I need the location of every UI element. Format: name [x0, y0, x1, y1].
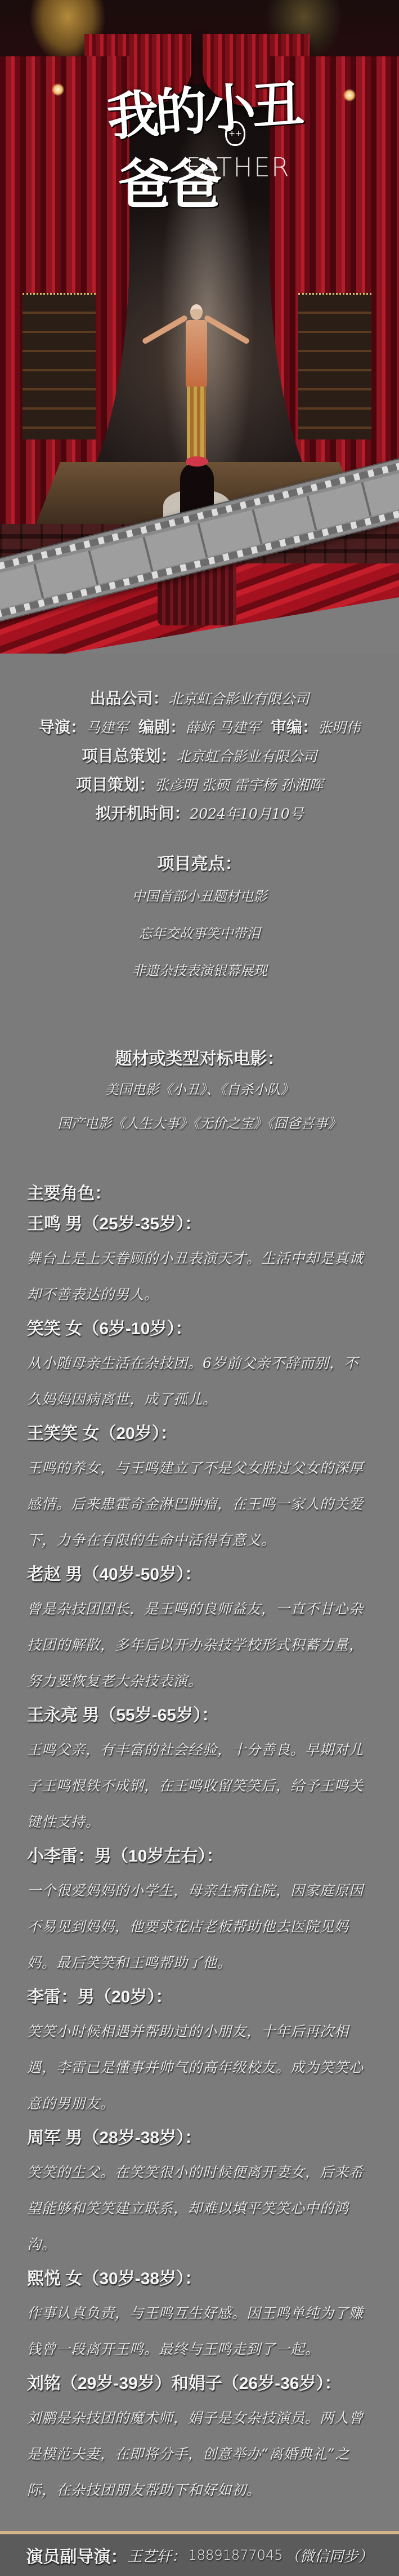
- role-description: 一个很爱妈妈的小学生，母亲生病住院，因家庭原因不易见到妈妈，他要求花店老板帮助他…: [27, 1873, 371, 1981]
- role-entry: 李雷：男（20岁）： 笑笑小时候相遇并帮助过的小朋友，十年后再次相遇，李雷已是懂…: [27, 1981, 371, 2122]
- comparable-item: 国产电影《人生大事》《无价之宝》《囧爸喜事》: [0, 1107, 399, 1140]
- spotlight-icon: [343, 89, 356, 101]
- title-cn-line1: 我的小丑: [105, 78, 302, 143]
- roles-title: 主要角色：: [27, 1180, 371, 1208]
- role-entry: 王鸣 男（25岁-35岁）： 舞台上是上天眷顾的小丑表演天才。生活中却是真诚却不…: [27, 1208, 371, 1313]
- role-name: 李雷：男（20岁）：: [27, 1981, 371, 2014]
- credit-chief-planner: 项目总策划：北京虹合影业有限公司: [0, 742, 399, 771]
- role-description: 王鸣父亲，有丰富的社会经验，十分善良。早期对儿子王鸣恨铁不成钢，在王鸣收留笑笑后…: [27, 1732, 371, 1840]
- role-name: 王鸣 男（25岁-35岁）：: [27, 1208, 371, 1241]
- role-description: 笑笑的生父。在笑笑很小的时候便离开妻女，后来希望能够和笑笑建立联系，却难以填平笑…: [27, 2155, 371, 2263]
- role-entry: 熙悦 女（30岁-38岁）： 作事认真负责，与王鸣互生好感。因王鸣单纯为了赚钱曾…: [27, 2263, 371, 2368]
- role-entry: 刘铭（29岁-39岁）和娟子（26岁-36岁）： 刘鹏是杂技团的魔术师，娟子是女…: [27, 2368, 371, 2508]
- role-name: 老赵 男（40岁-50岁）：: [27, 1558, 371, 1591]
- role-entry: 笑笑 女（6岁-10岁）： 从小随母亲生活在杂技团。6岁前父亲不辞而别，不久妈妈…: [27, 1313, 371, 1418]
- role-entry: 王永亮 男（55岁-65岁）： 王鸣父亲，有丰富的社会经验，十分善良。早期对儿子…: [27, 1699, 371, 1840]
- role-description: 曾是杂技团团长，是王鸣的良师益友，一直不甘心杂技团的解散，多年后以开办杂技学校形…: [27, 1591, 371, 1699]
- role-description: 舞台上是上天眷顾的小丑表演天才。生活中却是真诚却不善表达的男人。: [27, 1241, 371, 1313]
- role-entry: 王笑笑 女（20岁）： 王鸣的养女，与王鸣建立了不是父女胜过父女的深厚感情。后来…: [27, 1418, 371, 1558]
- role-name: 王永亮 男（55岁-65岁）：: [27, 1699, 371, 1732]
- role-entry: 小李雷：男（10岁左右）： 一个很爱妈妈的小学生，母亲生病住院，因家庭原因不易见…: [27, 1840, 371, 1981]
- role-description: 王鸣的养女，与王鸣建立了不是父女胜过父女的深厚感情。后来患霍奇金淋巴肿瘤，在王鸣…: [27, 1450, 371, 1558]
- highlight-item: 非遗杂技表演银幕展现: [0, 952, 399, 989]
- casting-phone: 18891877045: [189, 2547, 283, 2563]
- highlights-section: 项目亮点： 中国首部小丑题材电影 忘年交故事笑中带泪 非遗杂技表演银幕展现: [0, 851, 399, 989]
- role-entry: 老赵 男（40岁-50岁）： 曾是杂技团团长，是王鸣的良师益友，一直不甘心杂技团…: [27, 1558, 371, 1699]
- comparables-title: 题材或类型对标电影：: [0, 1046, 399, 1073]
- project-info: 出品公司：北京虹合影业有限公司 导演：马建军编剧：薛峤 马建军审编：张明伟 项目…: [0, 654, 399, 2531]
- role-name: 笑笑 女（6岁-10岁）：: [27, 1313, 371, 1345]
- highlight-item: 忘年交故事笑中带泪: [0, 915, 399, 952]
- role-description: 刘鹏是杂技团的魔术师，娟子是女杂技演员。两人曾是模范夫妻，在即将分手，创意举办“…: [27, 2400, 371, 2508]
- roles-section: 主要角色： 王鸣 男（25岁-35岁）： 舞台上是上天眷顾的小丑表演天才。生活中…: [0, 1140, 399, 2508]
- role-entry: 周军 男（28岁-38岁）： 笑笑的生父。在笑笑很小的时候便离开妻女，后来希望能…: [27, 2122, 371, 2263]
- role-description: 从小随母亲生活在杂技团。6岁前父亲不辞而别，不久妈妈因病离世，成了孤儿。: [27, 1345, 371, 1418]
- role-name: 刘铭（29岁-39岁）和娟子（26岁-36岁）：: [27, 2368, 371, 2400]
- comparable-item: 美国电影《小丑》、《自杀小队》: [0, 1073, 399, 1107]
- casting-contact-footer: 演员副导演： 王艺轩： 18891877045 （微信同步）: [0, 2531, 399, 2576]
- credit-director-writer: 导演：马建军编剧：薛峤 马建军审编：张明伟: [0, 713, 399, 742]
- highlight-item: 中国首部小丑题材电影: [0, 878, 399, 915]
- right-balcony: [298, 293, 371, 439]
- credit-production-company: 出品公司：北京虹合影业有限公司: [0, 685, 399, 713]
- highlights-title: 项目亮点：: [0, 851, 399, 878]
- movie-poster: 我的小丑 ++ 爸爸 FATHER: [0, 0, 399, 654]
- left-balcony: [23, 293, 96, 439]
- credit-start-date: 拟开机时间：2024年10月10号: [0, 800, 399, 828]
- role-name: 王笑笑 女（20岁）：: [27, 1418, 371, 1450]
- clown-face-icon: ++: [225, 121, 245, 146]
- credit-planners: 项目策划：张彦明 张硕 雷宇杨 孙湘晖: [0, 771, 399, 800]
- clown-figure: [179, 304, 213, 473]
- credits-block: 出品公司：北京虹合影业有限公司 导演：马建军编剧：薛峤 马建军审编：张明伟 项目…: [0, 654, 399, 828]
- title-en: FATHER: [186, 152, 290, 183]
- comparables-section: 题材或类型对标电影： 美国电影《小丑》、《自杀小队》 国产电影《人生大事》《无价…: [0, 1046, 399, 1140]
- role-name: 熙悦 女（30岁-38岁）：: [27, 2263, 371, 2295]
- casting-label: 演员副导演：: [26, 2543, 128, 2568]
- casting-name: 王艺轩：: [128, 2545, 186, 2566]
- role-name: 周军 男（28岁-38岁）：: [27, 2122, 371, 2155]
- spotlight-icon: [52, 83, 64, 96]
- role-description: 笑笑小时候相遇并帮助过的小朋友，十年后再次相遇，李雷已是懂事并帅气的高年级校友。…: [27, 2014, 371, 2122]
- poster-title: 我的小丑 ++ 爸爸 FATHER: [84, 62, 321, 214]
- casting-note: （微信同步）: [285, 2545, 373, 2566]
- role-name: 小李雷：男（10岁左右）：: [27, 1840, 371, 1873]
- role-description: 作事认真负责，与王鸣互生好感。因王鸣单纯为了赚钱曾一段离开王鸣。最终与王鸣走到了…: [27, 2295, 371, 2368]
